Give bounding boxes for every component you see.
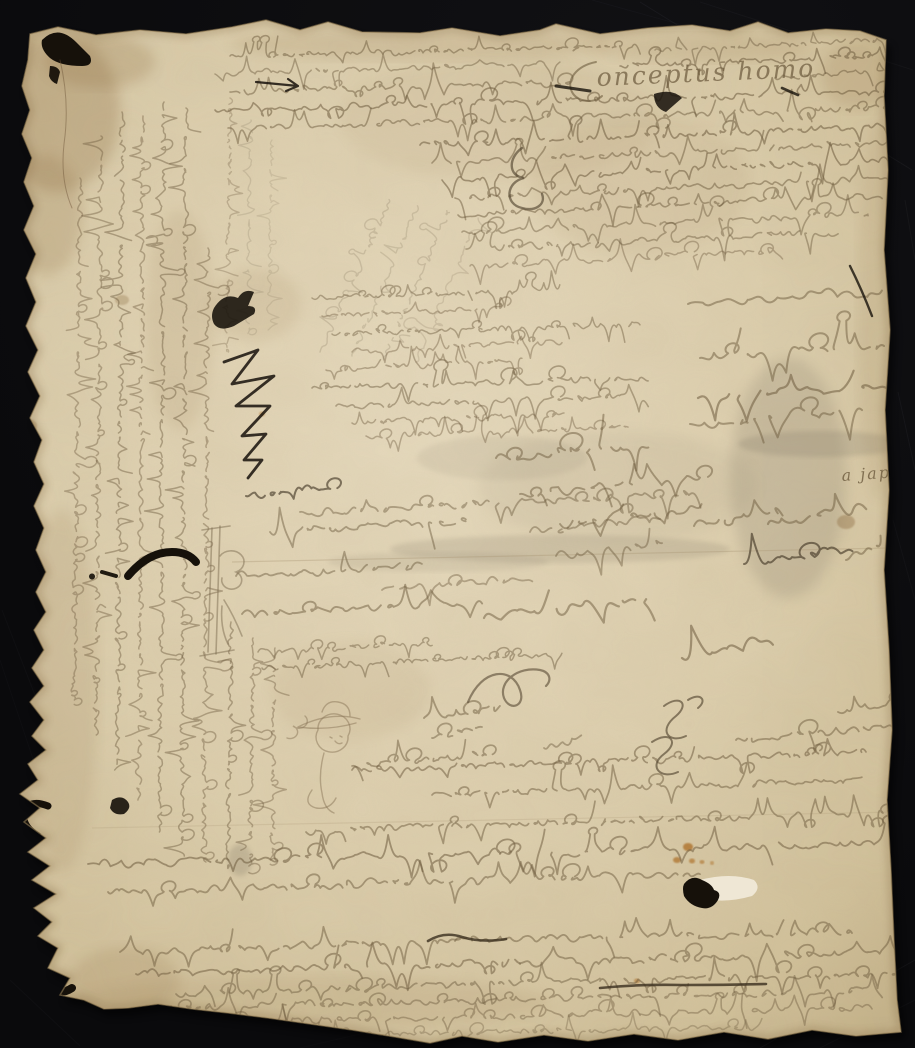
manuscript-photo: onceptus homo a jappa [0, 0, 915, 1048]
mid-ink-dot [89, 573, 95, 579]
stain-mark [700, 860, 705, 864]
stain-mark [837, 515, 855, 529]
stain-mark [417, 436, 587, 480]
stain-mark [328, 552, 548, 572]
stain-mark [689, 859, 695, 864]
stain-mark [228, 844, 252, 876]
manuscript-sheet: onceptus homo a jappa [0, 0, 915, 1048]
stain-mark [710, 861, 714, 865]
photo-stage: onceptus homo a jappa [0, 0, 915, 1048]
